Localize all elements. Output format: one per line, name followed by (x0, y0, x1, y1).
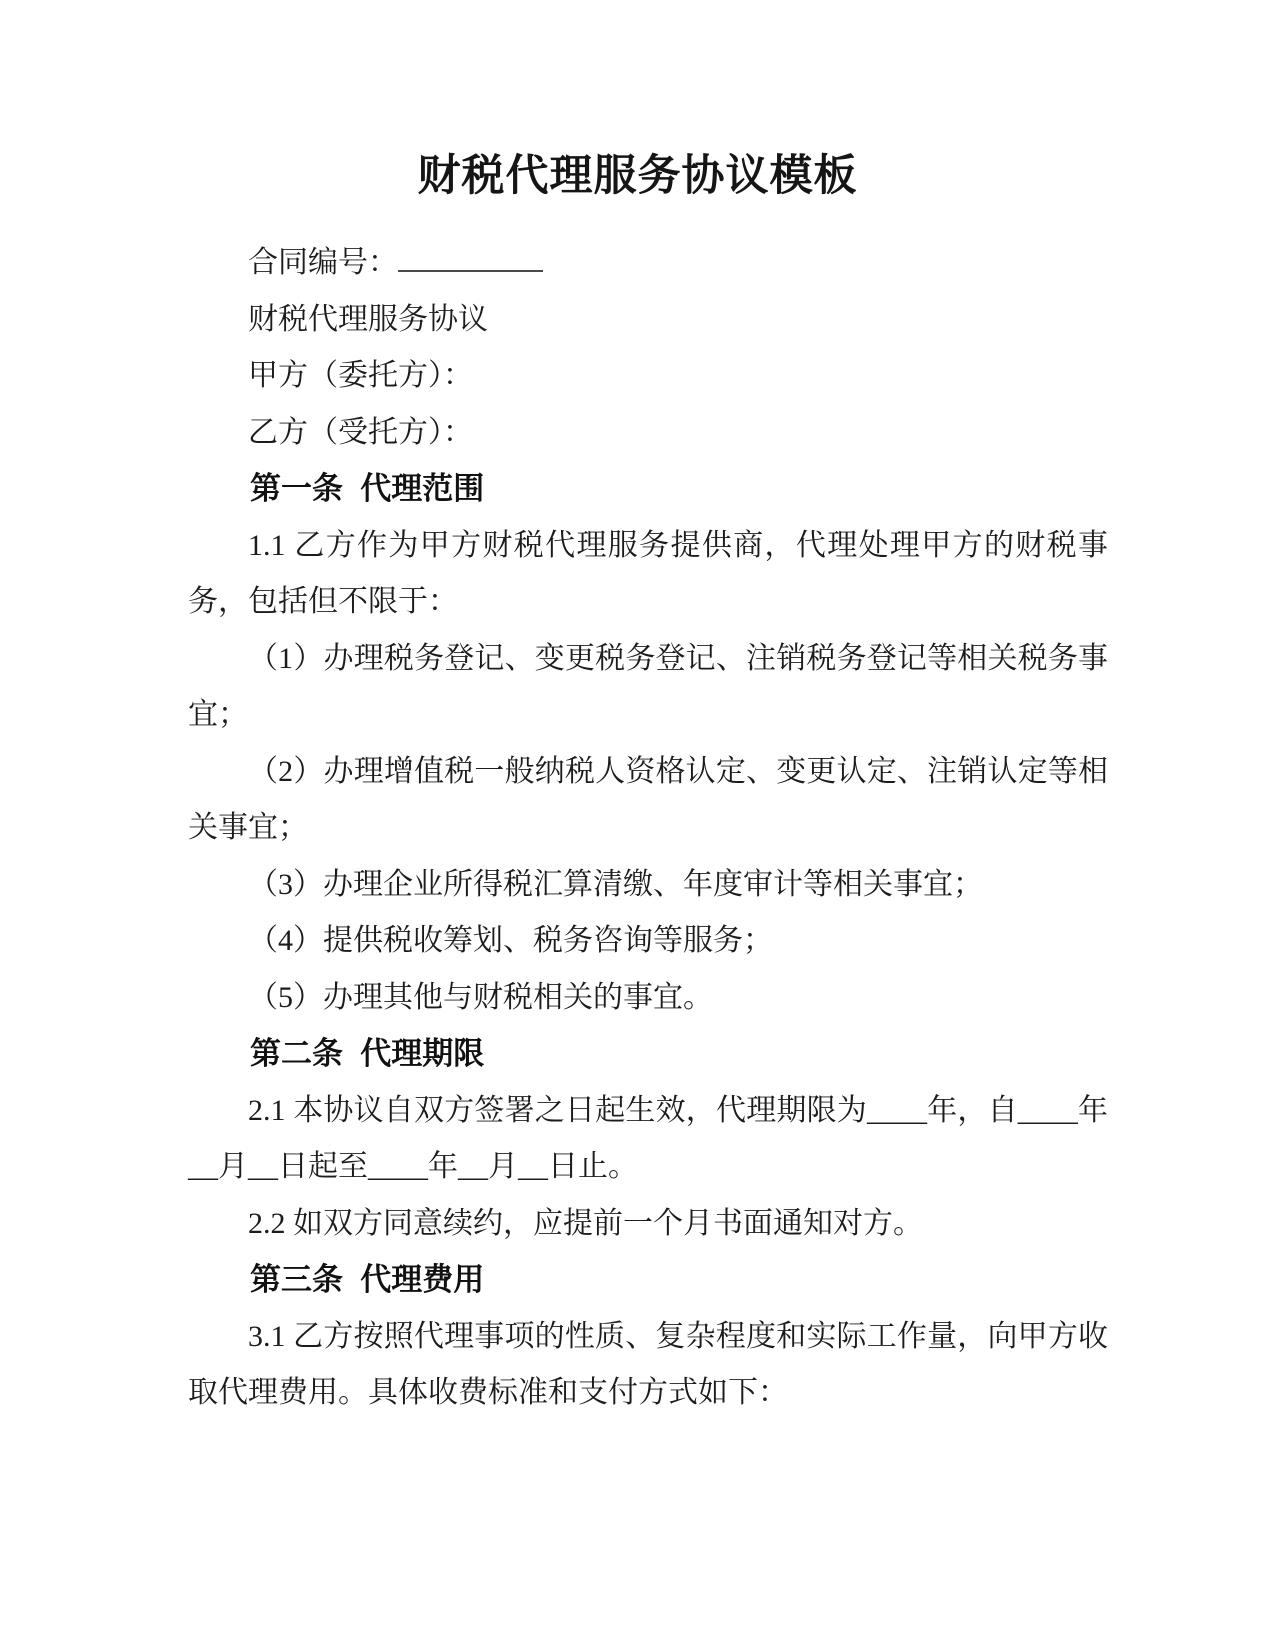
paragraph: （1）办理税务登记、变更税务登记、注销税务登记等相关税务事宜； (188, 631, 1108, 744)
paragraph: 2.1 本协议自双方签署之日起生效，代理期限为____年，自____年__月__… (188, 1083, 1108, 1196)
paragraph: 乙方（受托方）： (188, 405, 1108, 462)
paragraph: 3.1 乙方按照代理事项的性质、复杂程度和实际工作量，向甲方收取代理费用。具体收… (188, 1309, 1108, 1422)
paragraph: 甲方（委托方）： (188, 348, 1108, 405)
paragraph: （5）办理其他与财税相关的事宜。 (188, 970, 1108, 1027)
paragraph: （3）办理企业所得税汇算清缴、年度审计等相关事宜； (188, 857, 1108, 914)
document-title: 财税代理服务协议模板 (0, 148, 1275, 206)
section-heading: 第三条 代理费用 (188, 1252, 1108, 1309)
contract-number-label: 合同编号： (248, 246, 398, 279)
section-heading: 第二条 代理期限 (188, 1026, 1108, 1083)
paragraph: （4）提供税收筹划、税务咨询等服务； (188, 913, 1108, 970)
contract-number-blank (398, 244, 543, 272)
paragraph: 1.1 乙方作为甲方财税代理服务提供商，代理处理甲方的财税事务，包括但不限于： (188, 518, 1108, 631)
document-page: 财税代理服务协议模板 合同编号： 财税代理服务协议甲方（委托方）：乙方（受托方）… (0, 0, 1275, 1650)
section-heading: 第一条 代理范围 (188, 461, 1108, 518)
paragraph: 财税代理服务协议 (188, 292, 1108, 349)
paragraph: 2.2 如双方同意续约，应提前一个月书面通知对方。 (188, 1196, 1108, 1253)
contract-number-line: 合同编号： (188, 235, 1108, 292)
document-body: 合同编号： 财税代理服务协议甲方（委托方）：乙方（受托方）：第一条 代理范围1.… (188, 235, 1108, 1422)
paragraph: （2）办理增值税一般纳税人资格认定、变更认定、注销认定等相关事宜； (188, 744, 1108, 857)
